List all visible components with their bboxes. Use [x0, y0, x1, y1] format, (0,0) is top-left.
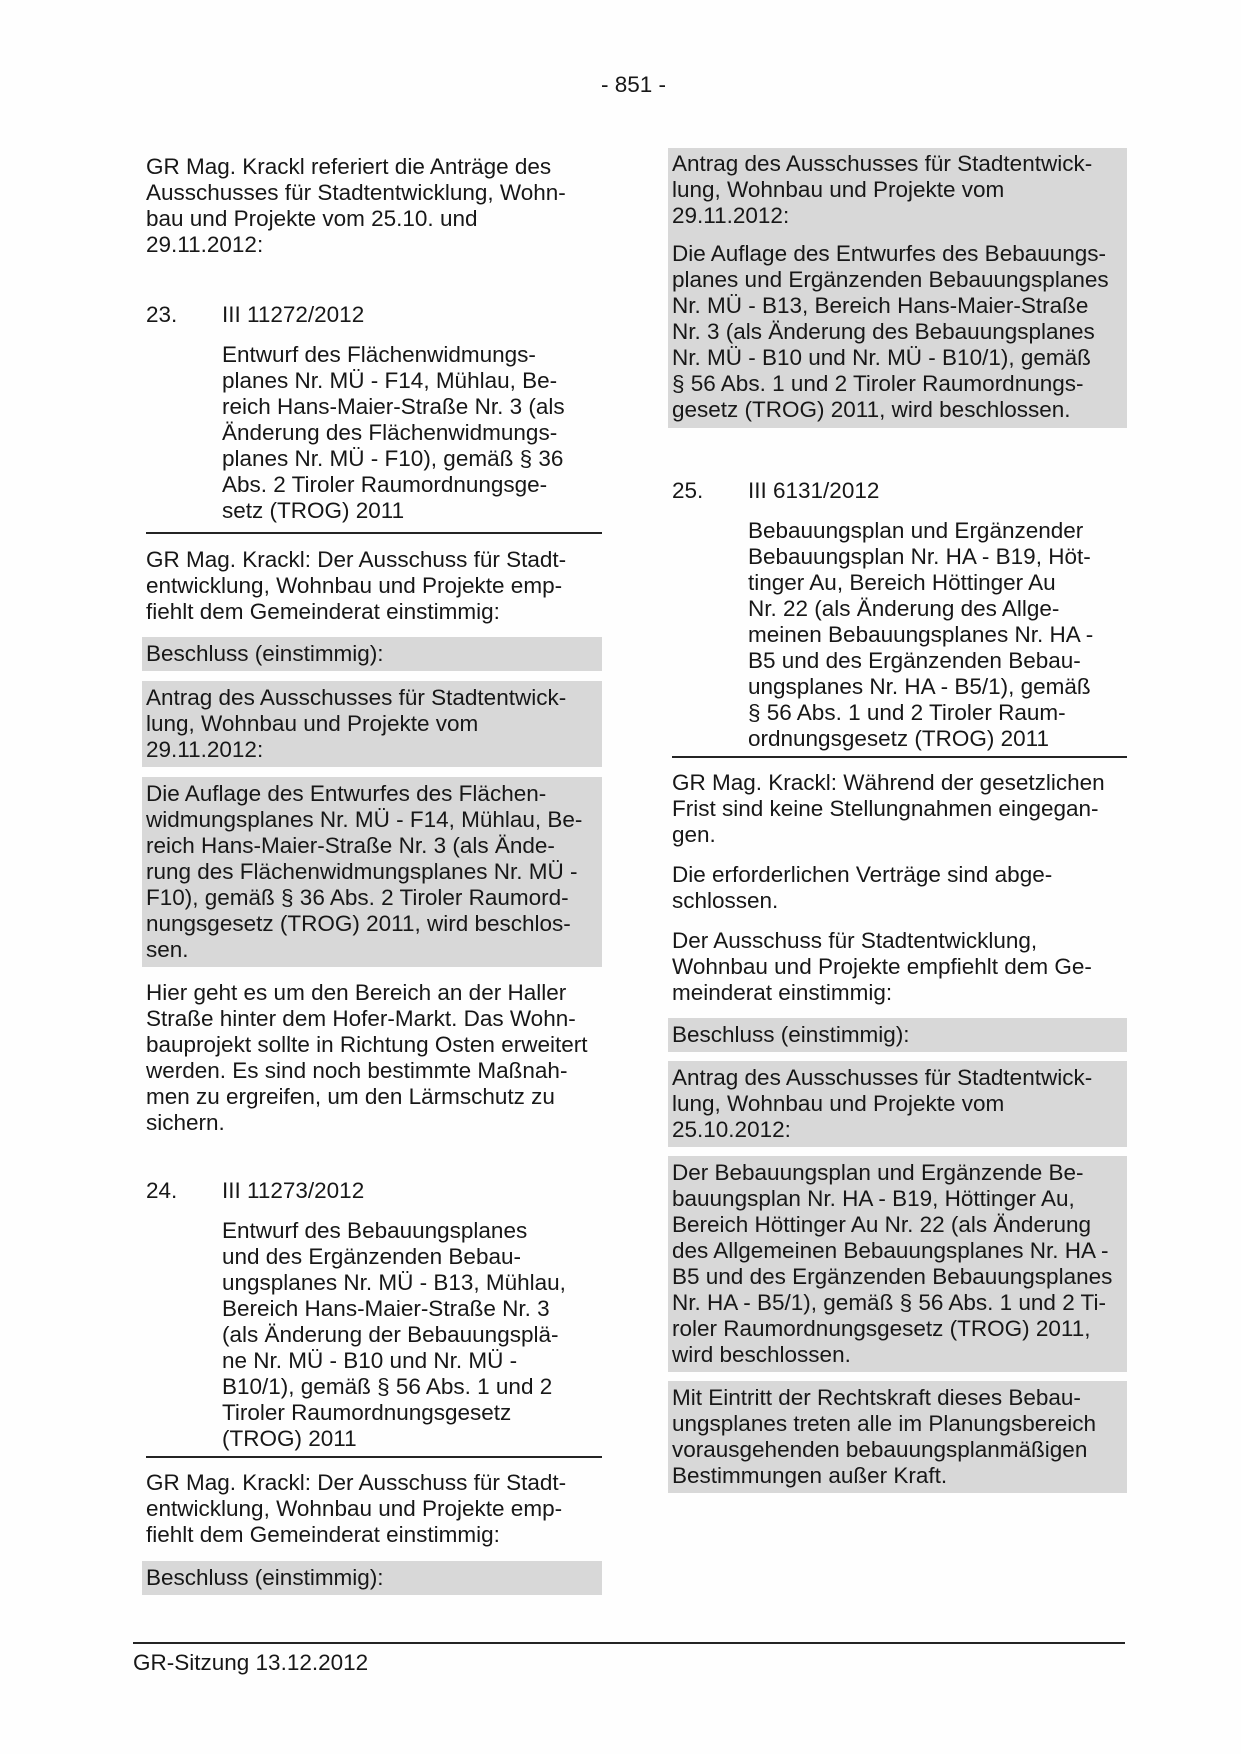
decision-continued-highlight: Antrag des Ausschusses für Stadtentwick-…	[668, 148, 1127, 428]
footer-divider	[133, 1642, 1125, 1644]
decision-heading-highlight: Beschluss (einstimmig):	[668, 1018, 1127, 1052]
agenda-item-ref: III 6131/2012	[748, 478, 879, 504]
paragraph-statement: GR Mag. Krackl: Während der gesetzlichen…	[672, 770, 1127, 848]
document-page: { "page": { "number": "- 851 -", "footer…	[0, 0, 1241, 1754]
paragraph-recommendation: Der Ausschuss für Stadtentwicklung, Wohn…	[672, 928, 1127, 1006]
paragraph-intro: GR Mag. Krackl referiert die Anträge des…	[146, 154, 602, 258]
agenda-item-number: 24.	[146, 1178, 222, 1204]
decision-text-highlight: Die Auflage des Entwurfes des Bebauungs-…	[672, 241, 1127, 423]
footer-text: GR-Sitzung 13.12.2012	[133, 1650, 1125, 1676]
decision-heading-highlight: Beschluss (einstimmig):	[142, 637, 602, 671]
agenda-item-25: 25. III 6131/2012	[672, 478, 1127, 504]
paragraph-remark: Hier geht es um den Bereich an der Halle…	[146, 980, 602, 1136]
section-divider	[672, 756, 1127, 758]
section-divider	[146, 532, 602, 534]
decision-motion-highlight: Antrag des Ausschusses für Stadtentwick-…	[672, 151, 1127, 229]
agenda-item-24: 24. III 11273/2012	[146, 1178, 602, 1204]
agenda-item-ref: III 11273/2012	[222, 1178, 364, 1204]
page-number: - 851 -	[140, 72, 1127, 98]
decision-text-highlight: Mit Eintritt der Rechtskraft dieses Beba…	[668, 1381, 1127, 1493]
page-footer: GR-Sitzung 13.12.2012	[133, 1642, 1125, 1676]
paragraph-recommendation: GR Mag. Krackl: Der Ausschuss für Stadt-…	[146, 1470, 602, 1548]
agenda-item-title: Bebauungsplan und Ergänzender Bebauungsp…	[748, 518, 1127, 752]
decision-text-highlight: Der Bebauungsplan und Ergänzende Be- bau…	[668, 1156, 1127, 1372]
decision-heading-highlight: Beschluss (einstimmig):	[142, 1561, 602, 1595]
agenda-item-ref: III 11272/2012	[222, 302, 364, 328]
paragraph-recommendation: GR Mag. Krackl: Der Ausschuss für Stadt-…	[146, 547, 602, 625]
agenda-item-number: 23.	[146, 302, 222, 328]
agenda-item-23: 23. III 11272/2012	[146, 302, 602, 328]
decision-motion-highlight: Antrag des Ausschusses für Stadtentwick-…	[668, 1061, 1127, 1147]
agenda-item-title: Entwurf des Bebauungsplanes und des Ergä…	[222, 1218, 602, 1452]
decision-motion-highlight: Antrag des Ausschusses für Stadtentwick-…	[142, 681, 602, 767]
agenda-item-number: 25.	[672, 478, 748, 504]
text-column-right: Antrag des Ausschusses für Stadtentwick-…	[672, 148, 1127, 1493]
section-divider	[146, 1456, 602, 1458]
agenda-item-title: Entwurf des Flächenwidmungs- planes Nr. …	[222, 342, 602, 524]
decision-text-highlight: Die Auflage des Entwurfes des Flächen- w…	[142, 777, 602, 967]
text-column-left: GR Mag. Krackl referiert die Anträge des…	[146, 148, 602, 1595]
paragraph-statement: Die erforderlichen Verträge sind abge- s…	[672, 862, 1127, 914]
